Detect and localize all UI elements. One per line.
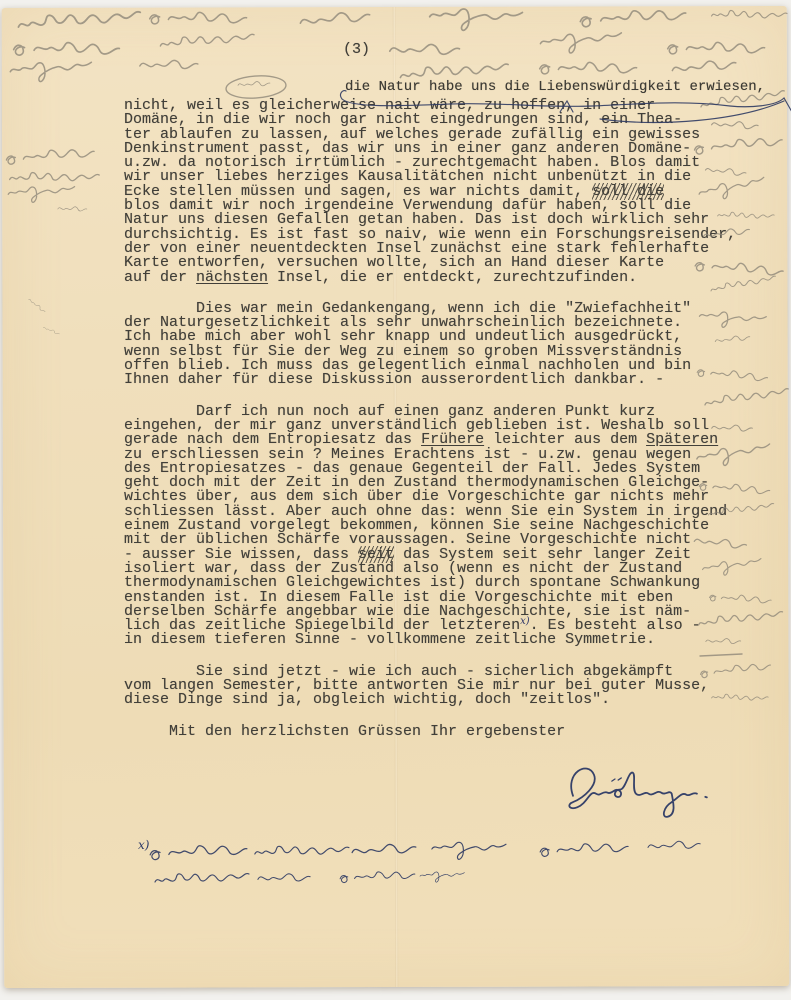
typed-line: Mit den herzlichsten Grüssen Ihr ergeben…	[124, 725, 744, 739]
typed-paragraph: nicht, weil es gleicherweise naiv wäre, …	[124, 99, 744, 285]
footnote-mark: x)	[138, 838, 149, 852]
typed-paragraph: Mit den herzlichsten Grüssen Ihr ergeben…	[124, 725, 744, 739]
typed-body: nicht, weil es gleicherweise naiv wäre, …	[124, 99, 744, 756]
scanned-letter: (3) die Natur habe uns die Liebenswürdig…	[0, 0, 791, 1000]
typed-paragraph: Darf ich nun noch auf einen ganz anderen…	[124, 405, 744, 648]
typed-paragraph: Sie sind jetzt - wie ich auch - sicherli…	[124, 665, 744, 708]
typed-line: diese Dinge sind ja, obgleich wichtig, d…	[124, 693, 744, 707]
inserted-typed-line: die Natur habe uns die Liebenswürdigkeit…	[345, 80, 765, 95]
typed-line: in diesem tieferen Sinne - vollkommene z…	[124, 633, 744, 647]
typed-line: Ihnen daher für diese Diskussion aussero…	[124, 373, 744, 387]
typed-line: auf der nächsten Insel, die er entdeckt,…	[124, 271, 744, 285]
typed-paragraph: Dies war mein Gedankengang, wenn ich die…	[124, 302, 744, 388]
page-number: (3)	[343, 42, 370, 58]
